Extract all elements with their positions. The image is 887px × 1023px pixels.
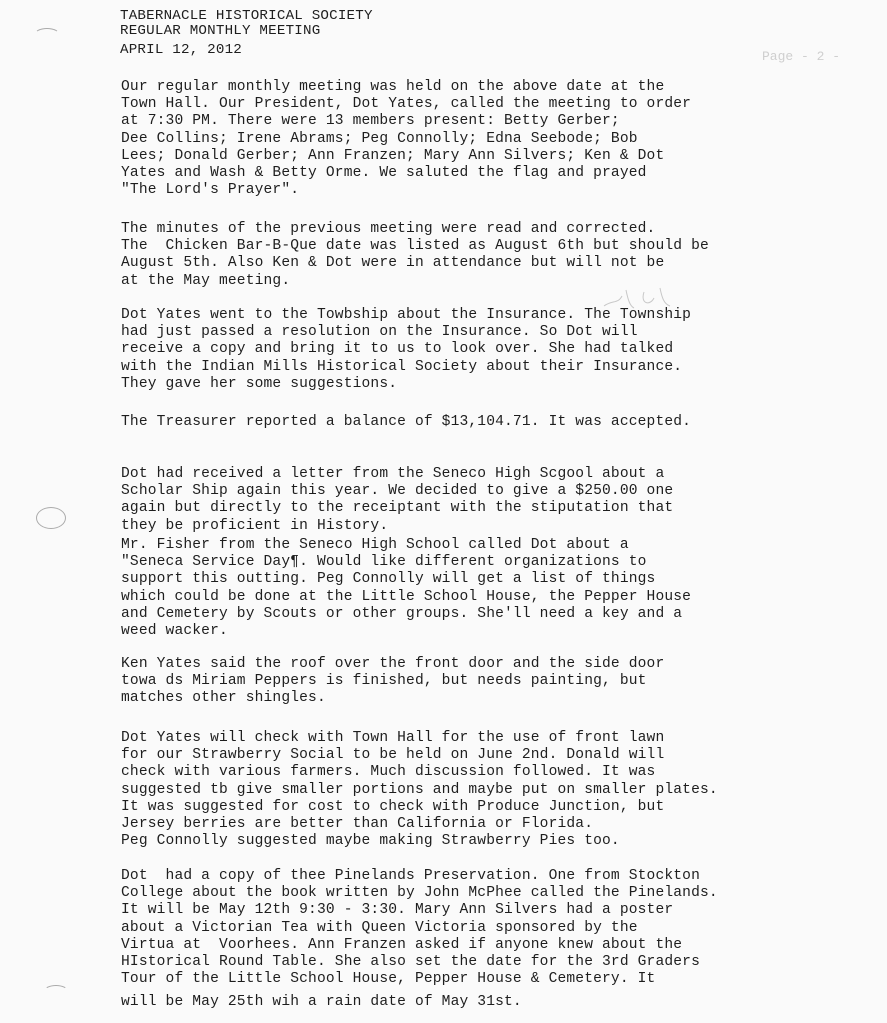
punch-hole-mark bbox=[36, 507, 66, 529]
document-page: Page - 2 - TABERNACLE HISTORICAL SOCIETY… bbox=[0, 0, 887, 1023]
paragraph-pinelands-final-line: will be May 25th wih a rain date of May … bbox=[121, 994, 718, 1011]
paragraph-scholarship: Dot had received a letter from the Senec… bbox=[121, 466, 673, 535]
meeting-date: APRIL 12, 2012 bbox=[120, 43, 373, 58]
paragraph-minutes: The minutes of the previous meeting were… bbox=[121, 221, 709, 290]
punch-hole-mark bbox=[34, 28, 60, 42]
paragraph-treasurer: The Treasurer reported a balance of $13,… bbox=[121, 414, 691, 431]
paragraph-strawberry-social: Dot Yates will check with Town Hall for … bbox=[121, 730, 718, 850]
organization-name: TABERNACLE HISTORICAL SOCIETY bbox=[120, 9, 373, 24]
paragraph-insurance: Dot Yates went to the Towbship about the… bbox=[121, 307, 691, 393]
paragraph-pinelands-body: Dot had a copy of thee Pinelands Preserv… bbox=[121, 868, 718, 987]
punch-hole-mark bbox=[44, 985, 68, 997]
bleed-through-text: Page - 2 - bbox=[762, 48, 840, 65]
meeting-type: REGULAR MONTHLY MEETING bbox=[120, 24, 373, 39]
paragraph-attendance: Our regular monthly meeting was held on … bbox=[121, 79, 691, 199]
paragraph-roof: Ken Yates said the roof over the front d… bbox=[121, 656, 664, 708]
paragraph-pinelands: Dot had a copy of thee Pinelands Preserv… bbox=[121, 868, 718, 1012]
document-header: TABERNACLE HISTORICAL SOCIETY REGULAR MO… bbox=[120, 9, 373, 58]
paragraph-service-day: Mr. Fisher from the Seneco High School c… bbox=[121, 537, 691, 640]
